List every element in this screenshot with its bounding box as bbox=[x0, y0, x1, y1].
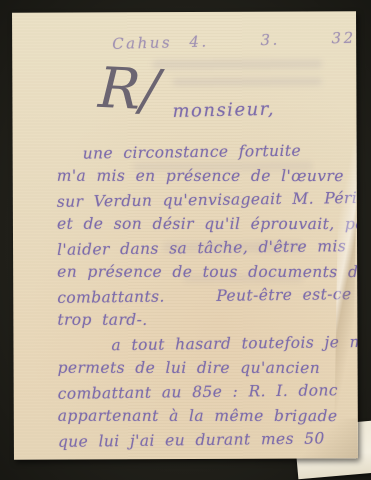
letter-greeting: monsieur, bbox=[172, 99, 275, 122]
letter-line: l'aider dans sa tâche, d'être mis bbox=[57, 234, 358, 262]
letter-date-line: Cahus 4. 3. 32 bbox=[112, 29, 356, 53]
letter-line: permets de lui dire qu'ancien bbox=[58, 356, 358, 380]
letter-line: sur Verdun qu'envisageait M. Péricard bbox=[57, 186, 358, 214]
paper-corner-shadow bbox=[298, 418, 358, 458]
letter-line: a tout hasard toutefois je me bbox=[57, 330, 358, 358]
letter-line: et de son désir qu'il éprouvait, pour bbox=[57, 212, 358, 236]
scan-background: Cahus 4. 3. 32 R/ monsieur, une circonst… bbox=[0, 0, 371, 480]
ink-bleedthrough bbox=[172, 77, 322, 86]
letter-line: combattant au 85e : R. I. donc bbox=[58, 378, 358, 406]
letter-line: combattants. Peut-être est-ce bbox=[57, 282, 358, 310]
letter-line: une circonstance fortuite bbox=[56, 138, 357, 166]
letter-paragraph-1: une circonstance fortuite m'a mis en pré… bbox=[57, 139, 358, 332]
letter-page: Cahus 4. 3. 32 R/ monsieur, une circonst… bbox=[12, 11, 358, 459]
letter-line: en présence de tous documents d'anciens bbox=[57, 260, 358, 284]
reference-mark: R/ bbox=[97, 61, 161, 120]
letter-line: trop tard-. bbox=[57, 308, 358, 332]
letter-line: m'a mis en présence de l'œuvre bbox=[57, 164, 358, 188]
ink-bleedthrough bbox=[152, 59, 322, 69]
